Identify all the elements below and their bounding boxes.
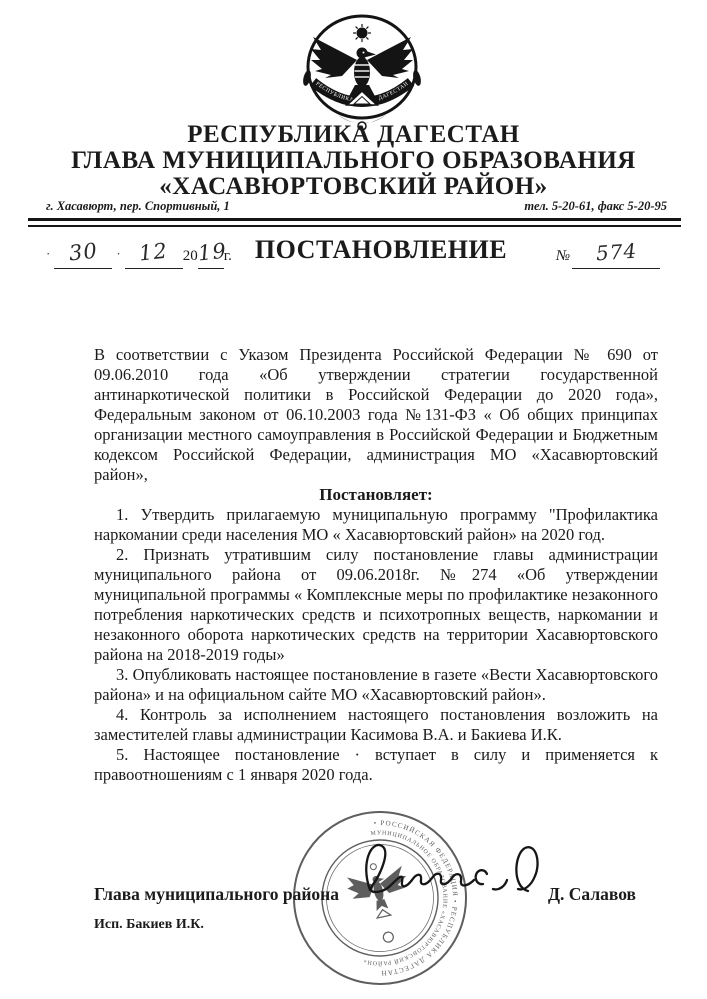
handwritten-year: 19	[197, 239, 228, 266]
date-field: ·30·122019г.	[42, 240, 232, 269]
executor-line: Исп. Бакиев И.К.	[94, 917, 204, 933]
handwritten-number: 574	[595, 239, 638, 266]
org-address: г. Хасавюрт, пер. Спортивный, 1	[46, 199, 230, 214]
intro-paragraph: В соответствии с Указом Президента Росси…	[94, 345, 658, 485]
date-year-blank: 19	[198, 240, 224, 269]
handwritten-day: 30	[68, 239, 99, 266]
decree-item-4: 4. Контроль за исполнением настоящего по…	[94, 705, 658, 745]
signatory-name: Д. Салавов	[548, 884, 636, 905]
date-separator: ·	[42, 246, 54, 261]
scanned-decree-page: РЕСПУБЛИКА ДАГЕСТАН РЕСПУБЛИКА ДАГЕСТАН …	[0, 0, 707, 999]
letterhead-divider	[28, 218, 681, 227]
decree-item-3: 3. Опубликовать настоящее постановление …	[94, 665, 658, 705]
signatory-position: Глава муниципального района	[94, 884, 339, 905]
org-header-line3: «ХАСАВЮРТОВСКИЙ РАЙОН»	[0, 174, 707, 200]
handwritten-month: 12	[138, 239, 169, 266]
org-header-line2: ГЛАВА МУНИЦИПАЛЬНОГО ОБРАЗОВАНИЯ	[0, 148, 707, 174]
resolves-heading: Постановляет:	[94, 485, 658, 505]
date-day-blank: 30	[54, 240, 112, 269]
number-blank: 574	[572, 240, 660, 269]
date-separator: ·	[112, 246, 124, 261]
document-body: В соответствии с Указом Президента Росси…	[94, 345, 658, 785]
letterhead-contact-row: г. Хасавюрт, пер. Спортивный, 1 тел. 5-2…	[46, 199, 667, 214]
number-sign: №	[556, 248, 572, 264]
sun-icon	[353, 24, 371, 42]
year-prefix: 20	[183, 248, 198, 264]
decree-item-5: 5. Настоящее постановление · вступает в …	[94, 745, 658, 785]
decree-item-1: 1. Утвердить прилагаемую муниципальную п…	[94, 505, 658, 545]
org-phone-fax: тел. 5-20-61, факс 5-20-95	[524, 199, 667, 214]
decree-item-2: 2. Признать утратившим силу постановлени…	[94, 545, 658, 665]
handwritten-signature-icon	[342, 828, 557, 910]
dagestan-coat-of-arms-icon: РЕСПУБЛИКА ДАГЕСТАН	[287, 12, 437, 134]
number-field: №574	[556, 240, 660, 269]
stamp-bottom-mark	[382, 931, 394, 943]
org-header-line1: РЕСПУБЛИКА ДАГЕСТАН	[0, 122, 707, 148]
org-header: РЕСПУБЛИКА ДАГЕСТАН ГЛАВА МУНИЦИПАЛЬНОГО…	[0, 122, 707, 200]
date-month-blank: 12	[125, 240, 183, 269]
document-title: ПОСТАНОВЛЕНИЕ	[255, 235, 507, 265]
